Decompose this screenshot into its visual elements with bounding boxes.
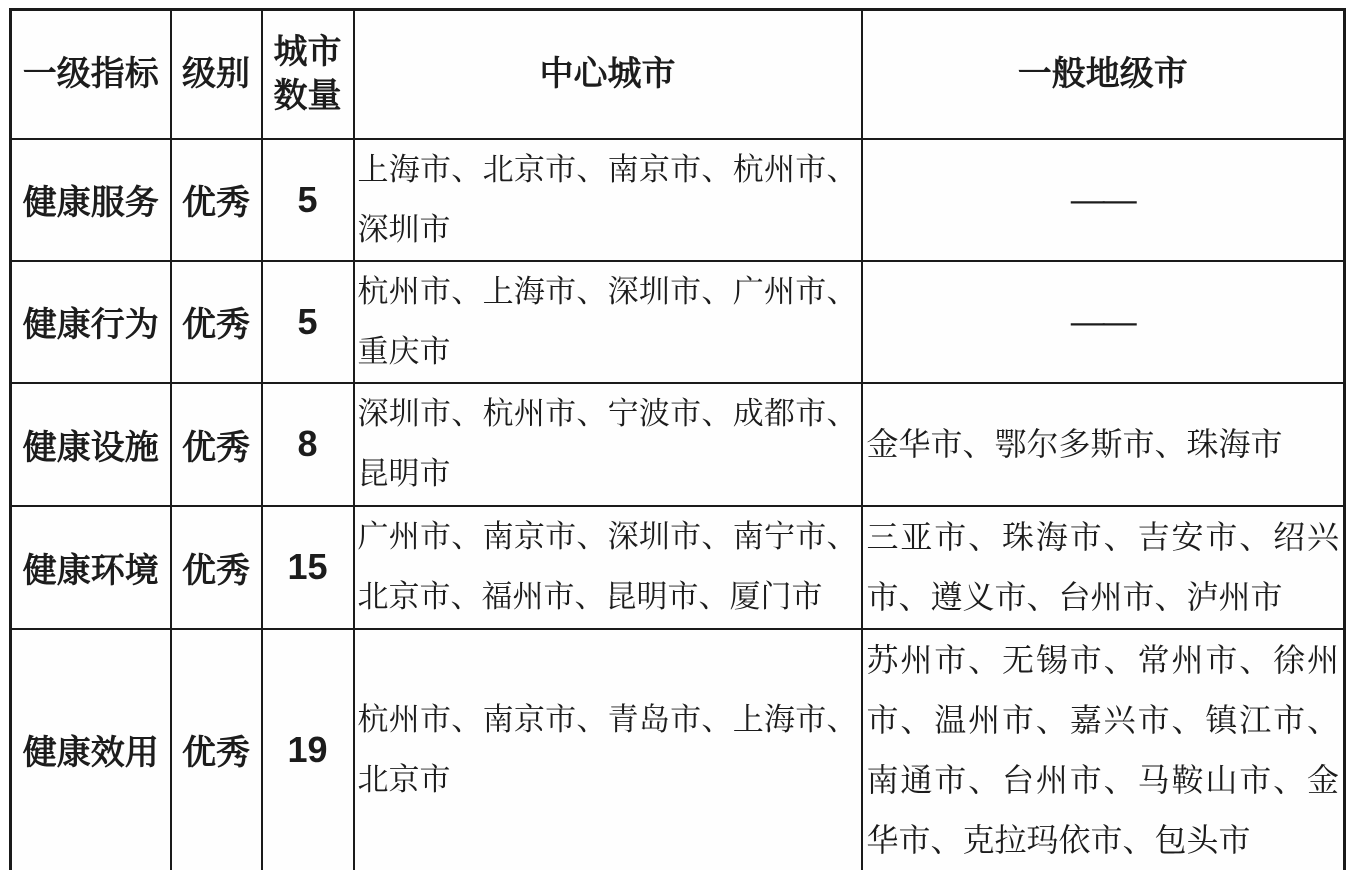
cell-central-cities: 深圳市、杭州市、宁波市、成都市、昆明市 — [354, 383, 862, 506]
cell-count: 19 — [262, 629, 354, 870]
health-indicators-table: 一级指标 级别 城市数量 中心城市 一般地级市 健康服务 优秀 5 上海市、北京… — [9, 8, 1346, 870]
column-header-level: 级别 — [171, 10, 262, 139]
cell-central-cities: 杭州市、南京市、青岛市、上海市、北京市 — [354, 629, 862, 870]
document-page: 一级指标 级别 城市数量 中心城市 一般地级市 健康服务 优秀 5 上海市、北京… — [0, 0, 1352, 870]
cell-level: 优秀 — [171, 383, 262, 506]
header-row: 一级指标 级别 城市数量 中心城市 一般地级市 — [11, 10, 1345, 139]
column-header-city-count: 城市数量 — [262, 10, 354, 139]
cell-indicator: 健康行为 — [11, 261, 171, 383]
cell-general-cities: 苏州市、无锡市、常州市、徐州市、温州市、嘉兴市、镇江市、南通市、台州市、马鞍山市… — [862, 629, 1345, 870]
cell-count: 15 — [262, 506, 354, 629]
table-row: 健康效用 优秀 19 杭州市、南京市、青岛市、上海市、北京市 苏州市、无锡市、常… — [11, 629, 1345, 870]
cell-general-cities: 三亚市、珠海市、吉安市、绍兴市、遵义市、台州市、泸州市 — [862, 506, 1345, 629]
cell-central-cities: 广州市、南京市、深圳市、南宁市、北京市、福州市、昆明市、厦门市 — [354, 506, 862, 629]
cell-level: 优秀 — [171, 261, 262, 383]
column-header-indicator: 一级指标 — [11, 10, 171, 139]
cell-general-cities: —— — [862, 261, 1345, 383]
cell-level: 优秀 — [171, 629, 262, 870]
cell-count: 5 — [262, 261, 354, 383]
table-row: 健康行为 优秀 5 杭州市、上海市、深圳市、广州市、重庆市 —— — [11, 261, 1345, 383]
cell-indicator: 健康服务 — [11, 139, 171, 261]
cell-central-cities: 上海市、北京市、南京市、杭州市、深圳市 — [354, 139, 862, 261]
column-header-general-cities: 一般地级市 — [862, 10, 1345, 139]
cell-indicator: 健康效用 — [11, 629, 171, 870]
cell-level: 优秀 — [171, 506, 262, 629]
cell-count: 5 — [262, 139, 354, 261]
cell-indicator: 健康环境 — [11, 506, 171, 629]
cell-level: 优秀 — [171, 139, 262, 261]
table-row: 健康服务 优秀 5 上海市、北京市、南京市、杭州市、深圳市 —— — [11, 139, 1345, 261]
cell-general-cities: 金华市、鄂尔多斯市、珠海市 — [862, 383, 1345, 506]
cell-central-cities: 杭州市、上海市、深圳市、广州市、重庆市 — [354, 261, 862, 383]
cell-general-cities: —— — [862, 139, 1345, 261]
table-row: 健康环境 优秀 15 广州市、南京市、深圳市、南宁市、北京市、福州市、昆明市、厦… — [11, 506, 1345, 629]
cell-count: 8 — [262, 383, 354, 506]
column-header-central-cities: 中心城市 — [354, 10, 862, 139]
table-row: 健康设施 优秀 8 深圳市、杭州市、宁波市、成都市、昆明市 金华市、鄂尔多斯市、… — [11, 383, 1345, 506]
cell-indicator: 健康设施 — [11, 383, 171, 506]
